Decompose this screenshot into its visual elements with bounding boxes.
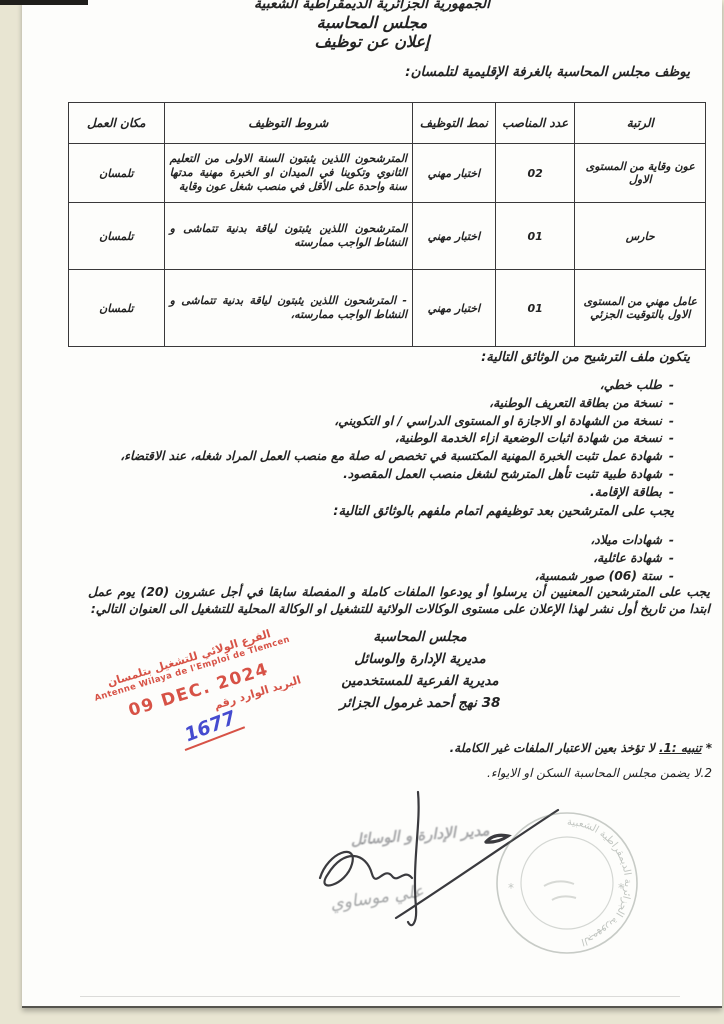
submission-instructions: يجب على المترشحين المعنيين أن يرسلوا أو … xyxy=(88,583,710,617)
rank-cell: حارس xyxy=(575,203,706,270)
positions-cell: 02 xyxy=(495,144,575,203)
mode-cell: اختبار مهني xyxy=(413,203,496,270)
scan-fold-line xyxy=(80,996,680,997)
dash-marker: - xyxy=(669,569,674,583)
col-rank: الرتبة xyxy=(575,103,706,144)
notes-section: * تنبيه :1. لا تؤخذ بعين الاعتبار الملفا… xyxy=(450,736,712,786)
after-hire-title: يجب على المترشحين بعد توظيفهم اتمام ملفه… xyxy=(333,504,674,519)
col-conditions: شروط التوظيف xyxy=(164,103,412,144)
list-item-text: شهادة عمل تثبت الخبرة المهنية المكتسبة ف… xyxy=(120,449,662,463)
list-item: -شهادة عائلية، xyxy=(535,549,674,567)
list-item-text: شهادة طبية تثبت تأهل المترشح لشغل منصب ا… xyxy=(343,467,662,481)
dash-marker: - xyxy=(669,431,674,445)
conditions-cell: - المترشحون اللذين يثبتون لياقة بدنية تت… xyxy=(164,270,412,347)
note-line: 2.لا يضمن مجلس المحاسبة السكن او الايواء… xyxy=(450,761,712,786)
list-item-text: نسخة من شهادة اثبات الوضعية ازاء الخدمة … xyxy=(395,431,662,445)
list-item-text: شهادات ميلاد، xyxy=(590,533,662,547)
conditions-cell: المترشحون اللذين يثبتون لياقة بدنية تتما… xyxy=(164,203,412,270)
official-round-stamp: الجمهورية الجزائرية الديمقراطية الشعبية … xyxy=(492,808,642,958)
note-marker: * xyxy=(706,741,712,755)
table-row: عون وقاية من المستوى الاول 02 اختبار مهن… xyxy=(69,144,706,203)
location-cell: تلمسان xyxy=(69,203,165,270)
list-item: -طلب خطي، xyxy=(120,377,674,395)
republic-title: الجمهورية الجزائرية الديمقراطية الشعبية xyxy=(22,0,722,13)
list-item: -شهادات ميلاد، xyxy=(535,531,674,549)
dash-marker: - xyxy=(669,485,674,499)
dash-marker: - xyxy=(669,467,674,481)
list-item: -بطاقة الإقامة. xyxy=(120,484,674,502)
list-item-text: ستة (06) صور شمسية، xyxy=(535,569,662,583)
address-line: مديرية الإدارة والوسائل xyxy=(250,648,590,670)
dash-marker: - xyxy=(669,533,674,547)
table-row: عامل مهني من المستوى الاول بالتوقيت الجز… xyxy=(69,270,706,347)
rank-cell: عامل مهني من المستوى الاول بالتوقيت الجز… xyxy=(575,270,706,347)
table-header-row: الرتبة عدد المناصب نمط التوظيف شروط التو… xyxy=(69,103,706,144)
positions-cell: 01 xyxy=(495,270,575,347)
list-item-text: نسخة من بطاقة التعريف الوطنية، xyxy=(489,396,662,410)
after-hire-documents-list: -شهادات ميلاد، -شهادة عائلية، -ستة (06) … xyxy=(535,531,674,585)
list-item: -شهادة عمل تثبت الخبرة المهنية المكتسبة … xyxy=(120,448,674,466)
note-text: لا تؤخذ بعين الاعتبار الملفات غير الكامل… xyxy=(450,741,655,755)
list-item: -شهادة طبية تثبت تأهل المترشح لشغل منصب … xyxy=(120,466,674,484)
stamp-star-left: * xyxy=(508,881,514,895)
location-cell: تلمسان xyxy=(69,270,165,347)
dash-marker: - xyxy=(669,378,674,392)
list-item: -نسخة من الشهادة او الاجازة او المستوى ا… xyxy=(120,413,674,431)
rank-cell: عون وقاية من المستوى الاول xyxy=(575,144,706,203)
dash-marker: - xyxy=(669,396,674,410)
list-item: -نسخة من بطاقة التعريف الوطنية، xyxy=(120,395,674,413)
announcement-title: إعلان عن توظيف xyxy=(22,32,722,51)
list-item: -نسخة من شهادة اثبات الوضعية ازاء الخدمة… xyxy=(120,430,674,448)
application-file-title: يتكون ملف الترشيح من الوثائق التالية: xyxy=(481,350,690,365)
col-location: مكان العمل xyxy=(69,103,165,144)
list-item-text: طلب خطي، xyxy=(600,378,662,392)
institution-title: مجلس المحاسبة xyxy=(22,13,722,32)
table-row: حارس 01 اختبار مهني المترشحون اللذين يثب… xyxy=(69,203,706,270)
note-line: * تنبيه :1. لا تؤخذ بعين الاعتبار الملفا… xyxy=(450,736,712,761)
conditions-cell: المترشحون اللذين يثبتون السنة الاولى من … xyxy=(164,144,412,203)
col-mode: نمط التوظيف xyxy=(413,103,496,144)
intro-line: يوظف مجلس المحاسبة بالغرفة الإقليمية لتل… xyxy=(405,64,690,80)
address-line: مجلس المحاسبة xyxy=(250,626,590,648)
list-item-text: بطاقة الإقامة. xyxy=(590,485,662,499)
col-positions: عدد المناصب xyxy=(495,103,575,144)
list-item-text: شهادة عائلية، xyxy=(593,551,662,565)
mode-cell: اختبار مهني xyxy=(413,144,496,203)
mode-cell: اختبار مهني xyxy=(413,270,496,347)
location-cell: تلمسان xyxy=(69,144,165,203)
document-header: الجمهورية الجزائرية الديمقراطية الشعبية … xyxy=(22,0,722,51)
stamp-star-right: * xyxy=(618,881,624,895)
dash-marker: - xyxy=(669,414,674,428)
dash-marker: - xyxy=(669,551,674,565)
list-item-text: نسخة من الشهادة او الاجازة او المستوى ال… xyxy=(334,414,662,428)
note-label: تنبيه :1. xyxy=(659,741,702,755)
positions-table: الرتبة عدد المناصب نمط التوظيف شروط التو… xyxy=(68,102,706,347)
positions-cell: 01 xyxy=(495,203,575,270)
application-documents-list: -طلب خطي، -نسخة من بطاقة التعريف الوطنية… xyxy=(120,377,674,502)
scanned-recruitment-announcement: الجمهورية الجزائرية الديمقراطية الشعبية … xyxy=(0,0,724,1024)
dash-marker: - xyxy=(669,449,674,463)
